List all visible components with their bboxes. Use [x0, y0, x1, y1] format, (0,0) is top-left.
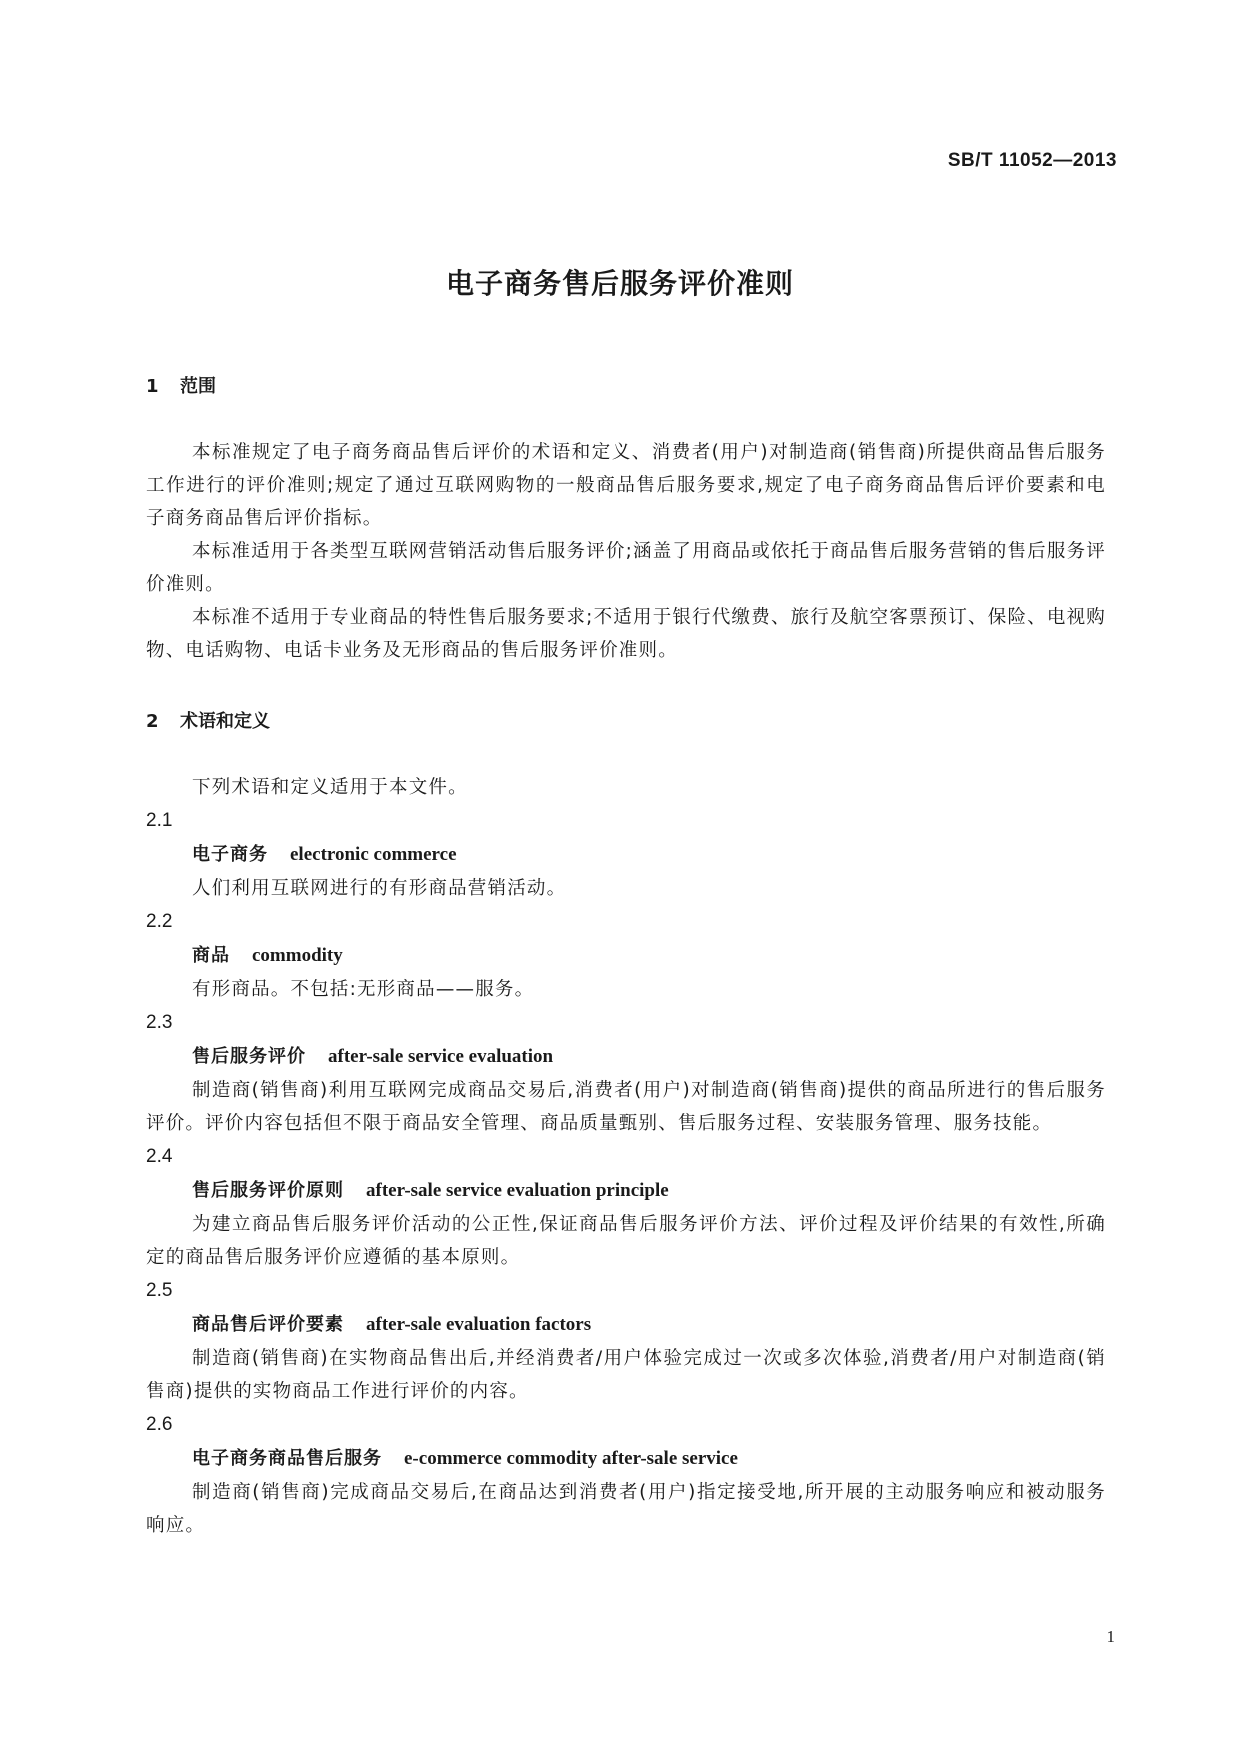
term-entry: 电子商务商品售后服务e-commerce commodity after-sal…	[146, 1442, 1106, 1476]
term-english: after-sale service evaluation	[328, 1046, 553, 1067]
term-english: electronic commerce	[290, 844, 457, 865]
standard-code: SB/T 11052—2013	[948, 150, 1117, 172]
term-definition: 为建立商品售后服务评价活动的公正性,保证商品售后服务评价方法、评价过程及评价结果…	[146, 1208, 1106, 1274]
page-number: 1	[1107, 1627, 1116, 1647]
term-chinese: 电子商务商品售后服务	[192, 1448, 382, 1469]
term-english: after-sale evaluation factors	[366, 1314, 591, 1335]
term-number: 2.3	[146, 1006, 1106, 1040]
section-number: 1	[146, 372, 180, 402]
term-definition: 制造商(销售商)完成商品交易后,在商品达到消费者(用户)指定接受地,所开展的主动…	[146, 1476, 1106, 1542]
term-chinese: 商品	[192, 945, 230, 966]
scope-paragraph: 本标准适用于各类型互联网营销活动售后服务评价;涵盖了用商品或依托于商品售后服务营…	[146, 535, 1106, 601]
scope-paragraph: 本标准规定了电子商务商品售后评价的术语和定义、消费者(用户)对制造商(销售商)所…	[146, 436, 1106, 535]
terms-intro: 下列术语和定义适用于本文件。	[146, 771, 1106, 804]
term-number: 2.4	[146, 1140, 1106, 1174]
term-english: after-sale service evaluation principle	[366, 1180, 669, 1201]
term-definition: 人们利用互联网进行的有形商品营销活动。	[146, 872, 1106, 905]
term-number: 2.2	[146, 905, 1106, 939]
term-entry: 商品售后评价要素after-sale evaluation factors	[146, 1308, 1106, 1342]
term-chinese: 商品售后评价要素	[192, 1314, 344, 1335]
term-chinese: 电子商务	[192, 844, 268, 865]
term-entry: 售后服务评价原则after-sale service evaluation pr…	[146, 1174, 1106, 1208]
scope-paragraph: 本标准不适用于专业商品的特性售后服务要求;不适用于银行代缴费、旅行及航空客票预订…	[146, 601, 1106, 667]
section-number: 2	[146, 707, 180, 737]
term-english: commodity	[252, 945, 343, 966]
term-number: 2.6	[146, 1408, 1106, 1442]
term-english: e-commerce commodity after-sale service	[404, 1448, 738, 1469]
term-entry: 商品commodity	[146, 939, 1106, 973]
section-title: 术语和定义	[180, 711, 270, 732]
term-number: 2.5	[146, 1274, 1106, 1308]
term-definition: 制造商(销售商)在实物商品售出后,并经消费者/用户体验完成过一次或多次体验,消费…	[146, 1342, 1106, 1408]
section-heading-terms: 2术语和定义	[146, 707, 1106, 737]
term-number: 2.1	[146, 804, 1106, 838]
term-entry: 电子商务electronic commerce	[146, 838, 1106, 872]
term-chinese: 售后服务评价	[192, 1046, 306, 1067]
term-definition: 制造商(销售商)利用互联网完成商品交易后,消费者(用户)对制造商(销售商)提供的…	[146, 1074, 1106, 1140]
section-heading-scope: 1范围	[146, 372, 1106, 402]
document-body: 1范围 本标准规定了电子商务商品售后评价的术语和定义、消费者(用户)对制造商(销…	[146, 372, 1106, 1542]
term-definition: 有形商品。不包括:无形商品——服务。	[146, 973, 1106, 1006]
document-title: 电子商务售后服务评价准则	[0, 262, 1240, 302]
section-title: 范围	[180, 376, 216, 397]
term-entry: 售后服务评价after-sale service evaluation	[146, 1040, 1106, 1074]
term-chinese: 售后服务评价原则	[192, 1180, 344, 1201]
